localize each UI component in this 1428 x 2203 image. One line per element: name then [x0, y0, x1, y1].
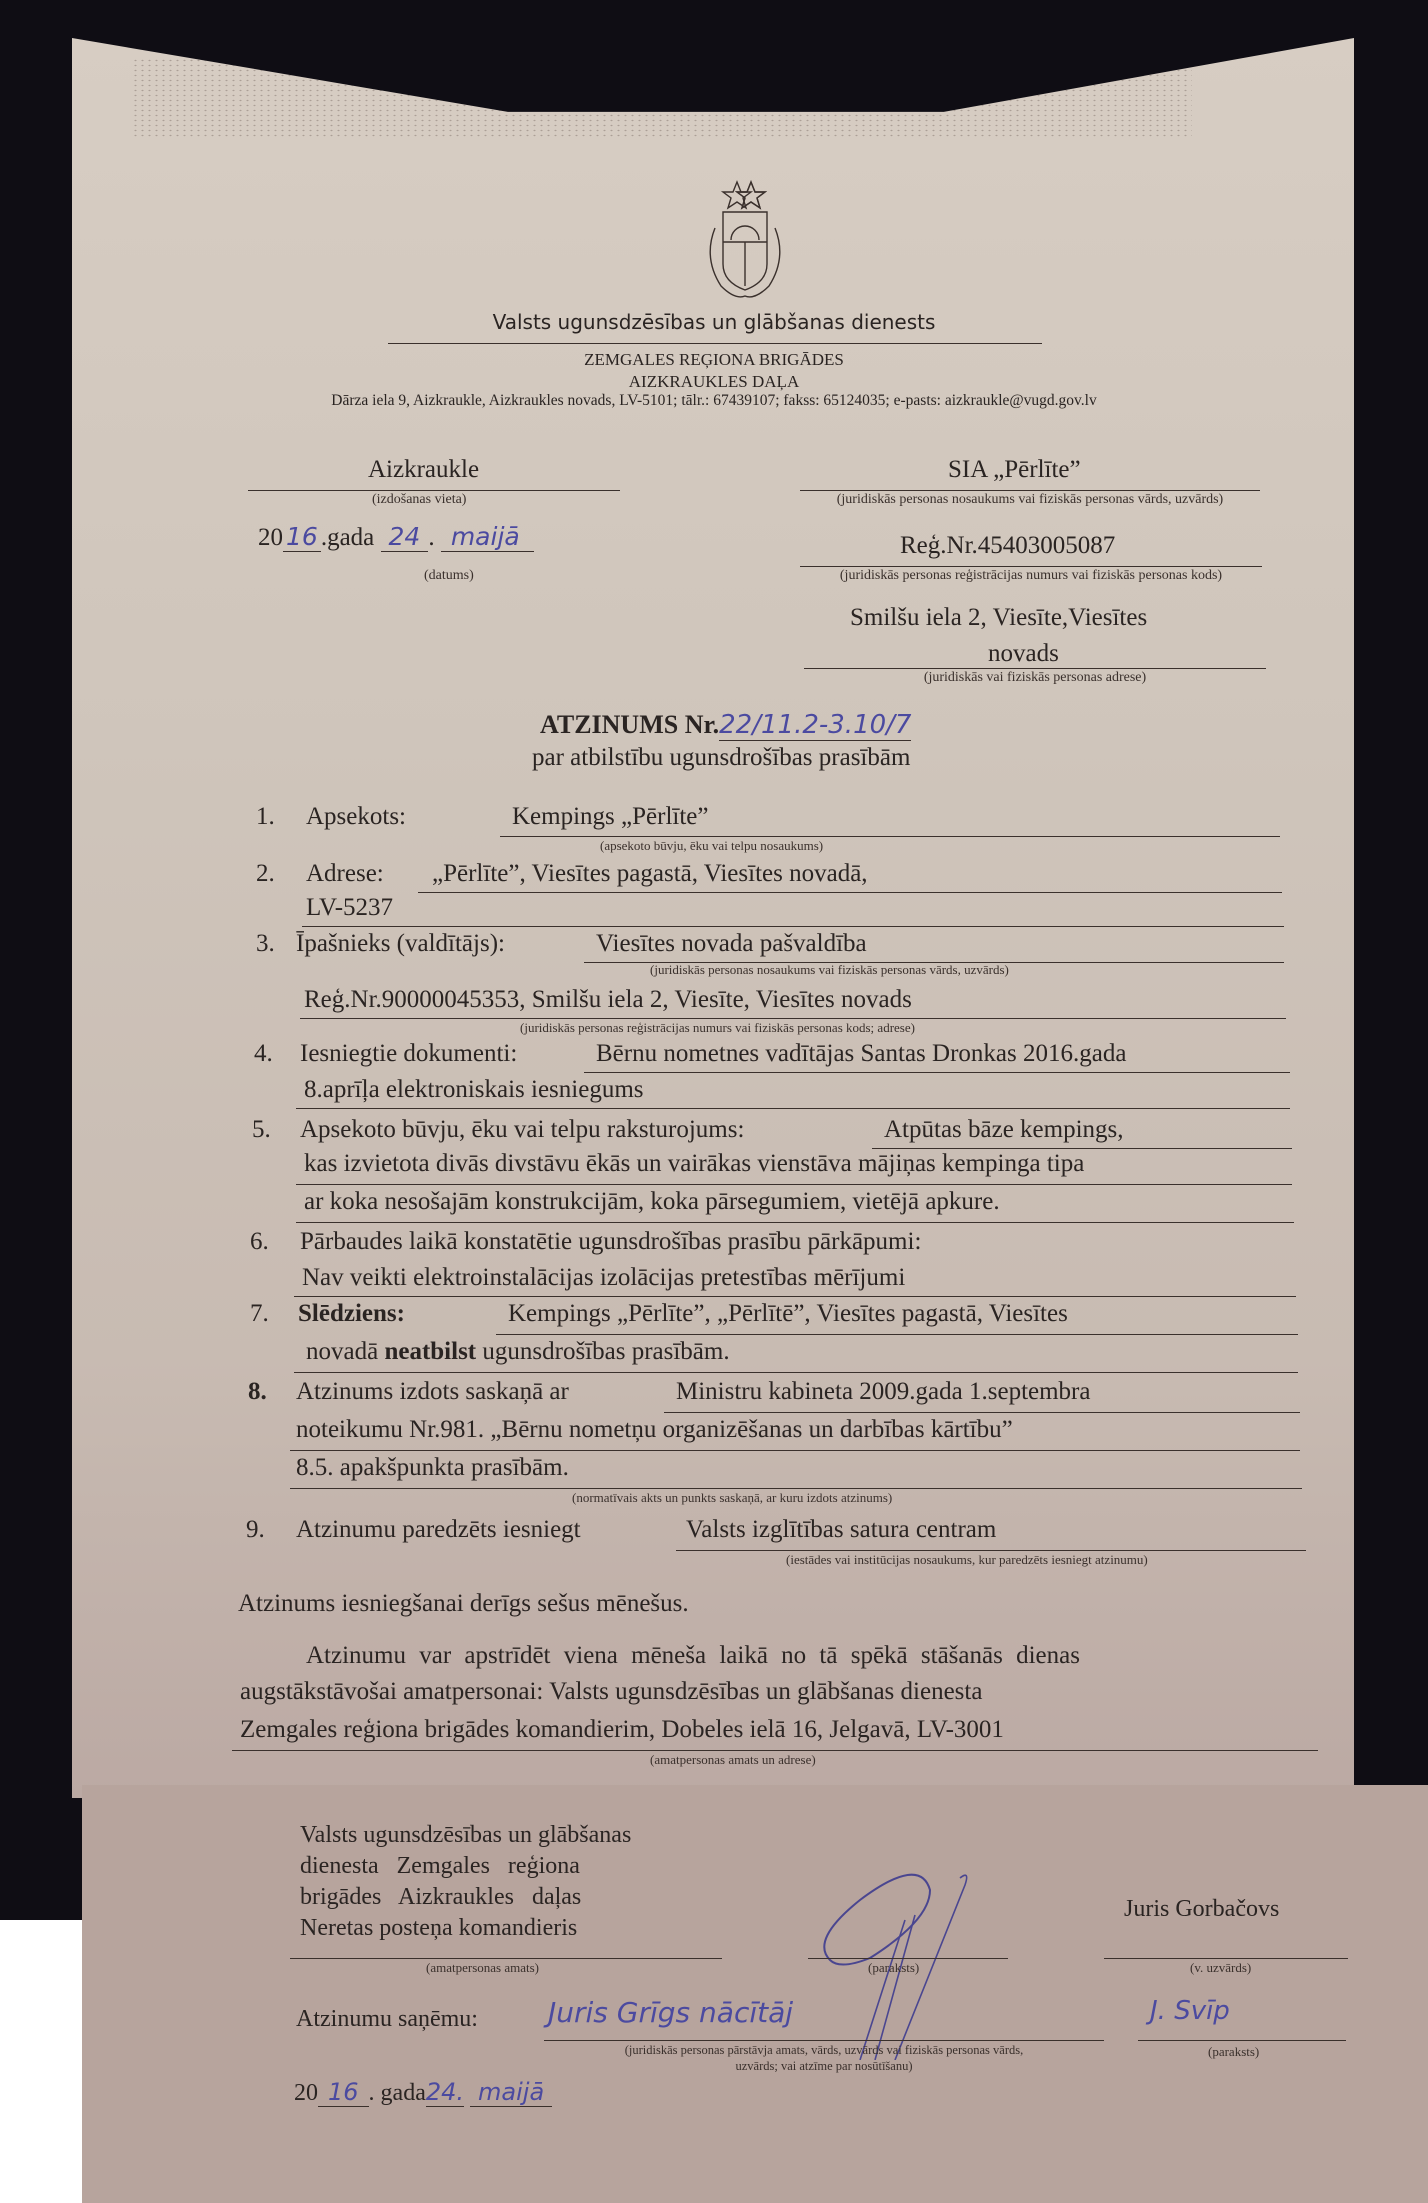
- scan-speckle: [132, 58, 1192, 138]
- receiver-signature-caption: (paraksts): [1208, 2044, 1259, 2060]
- receiver-signature-handwritten: J. Svīp: [1150, 1996, 1230, 2026]
- item-1-line: [500, 836, 1280, 837]
- receipt-year-handwritten: 16: [318, 2078, 369, 2107]
- item-4-value: Bērnu nometnes vadītājas Santas Dronkas …: [596, 1040, 1126, 1068]
- brigade-name: ZEMGALES REĢIONA BRIGĀDES: [0, 350, 1428, 370]
- item-5-value: Atpūtas bāze kempings,: [884, 1116, 1124, 1144]
- signer-name-caption: (v. uzvārds): [1190, 1960, 1251, 1976]
- signer-name-line: [1104, 1958, 1348, 1959]
- item-8-number: 8.: [248, 1378, 267, 1406]
- agency-name: Valsts ugunsdzēsības un glābšanas dienes…: [0, 310, 1428, 334]
- item-9-value: Valsts izglītības satura centram: [686, 1516, 996, 1544]
- item-4-line2: [296, 1108, 1290, 1109]
- appeal-line2: augstākstāvošai amatpersonai: Valsts ugu…: [240, 1678, 982, 1706]
- item-1-value: Kempings „Pērlīte”: [512, 803, 708, 831]
- date-mid: .gada: [321, 524, 374, 551]
- item-3-caption: (juridiskās personas nosaukums vai fizis…: [650, 962, 1009, 978]
- receiver-handwritten: Juris Grīgs nācītāj: [548, 1996, 793, 2029]
- item-3-number: 3.: [256, 930, 275, 958]
- position-line1: Valsts ugunsdzēsības un glābšanas: [300, 1820, 708, 1851]
- validity-note: Atzinums iesniegšanai derīgs sešus mēneš…: [238, 1590, 689, 1618]
- item-8-caption: (normatīvais akts un punkts saskaņā, ar …: [572, 1490, 892, 1506]
- recipient-address-caption: (juridiskās vai fiziskās personas adrese…: [804, 670, 1266, 686]
- item-4-label: Iesniegtie dokumenti:: [300, 1040, 517, 1068]
- receipt-date-mid: . gada: [369, 2080, 426, 2106]
- receiver-caption-1: (juridiskās personas pārstāvja amats, vā…: [544, 2042, 1104, 2058]
- position-line4: Neretas posteņa komandieris: [300, 1913, 708, 1944]
- year-handwritten: 16: [283, 522, 321, 552]
- item-5-line2: [296, 1184, 1292, 1185]
- date-dot: .: [428, 524, 434, 551]
- recipient-reg-line: [800, 566, 1262, 567]
- recipient-address-line2: novads: [988, 640, 1059, 668]
- signature-section-paper: [82, 1785, 1428, 2203]
- item-6-value: Nav veikti elektroinstalācijas izolācija…: [302, 1264, 905, 1292]
- item-2-line: [418, 892, 1282, 893]
- title-label: ATZINUMS Nr.: [540, 710, 719, 739]
- recipient-reg: Reģ.Nr.45403005087: [900, 532, 1115, 560]
- verdict-non-compliant: neatbilst: [384, 1338, 476, 1365]
- appeal-line3: Zemgales reģiona brigādes komandierim, D…: [240, 1716, 1004, 1744]
- blank-area: [0, 1920, 82, 2203]
- item-1-number: 1.: [256, 803, 275, 831]
- receipt-date-prefix: 20: [294, 2080, 318, 2106]
- item-7-label: Slēdziens:: [298, 1300, 405, 1328]
- item-5-line3: [296, 1222, 1294, 1223]
- signature-caption: (paraksts): [868, 1960, 919, 1976]
- item-8-value: Ministru kabineta 2009.gada 1.septembra: [676, 1378, 1090, 1406]
- item-3-value: Viesītes novada pašvaldība: [596, 930, 867, 958]
- issue-date: 2016.gada 24. maijā: [258, 522, 534, 552]
- item-9-caption: (iestādes vai institūcijas nosaukums, ku…: [786, 1552, 1148, 1568]
- recipient-name: SIA „Pērlīte”: [948, 456, 1081, 484]
- receiver-caption: (juridiskās personas pārstāvja amats, vā…: [544, 2042, 1104, 2074]
- item-1-caption: (apsekoto būvju, ēku vai telpu nosaukums…: [600, 838, 823, 854]
- item-9-number: 9.: [246, 1516, 265, 1544]
- item-4-line: [584, 1072, 1290, 1073]
- date-prefix: 20: [258, 524, 283, 551]
- item-2-value: „Pērlīte”, Viesītes pagastā, Viesītes no…: [432, 860, 868, 888]
- official-signature: [800, 1860, 1060, 2060]
- item-9-label: Atzinumu paredzēts iesniegt: [296, 1516, 581, 1544]
- item-3-caption2: (juridiskās personas reģistrācijas numur…: [520, 1020, 915, 1036]
- recipient-reg-caption: (juridiskās personas reģistrācijas numur…: [800, 568, 1262, 584]
- item-6-line: [294, 1296, 1296, 1297]
- item-7-value2-c: ugunsdrošības prasībām.: [476, 1338, 729, 1365]
- item-2-number: 2.: [256, 860, 275, 888]
- appeal-line: [232, 1750, 1318, 1751]
- receiver-line: [544, 2040, 1104, 2041]
- recipient-address-line1: Smilšu iela 2, Viesīte,Viesītes: [850, 604, 1147, 632]
- receipt-label: Atzinumu saņēmu:: [296, 2006, 478, 2033]
- item-8-value2: noteikumu Nr.981. „Bērnu nometņu organiz…: [296, 1416, 1013, 1444]
- item-8-line2: [290, 1450, 1300, 1451]
- item-8-label: Atzinums izdots saskaņā ar: [296, 1378, 569, 1406]
- item-3-value2: Reģ.Nr.90000045353, Smilšu iela 2, Viesī…: [304, 986, 912, 1014]
- item-7-value2: novadā neatbilst ugunsdrošības prasībām.: [306, 1338, 730, 1366]
- appeal-caption: (amatpersonas amats un adrese): [650, 1752, 816, 1768]
- item-7-line: [496, 1334, 1298, 1335]
- latvia-coat-of-arms-icon: [695, 178, 795, 308]
- issue-place-line: [248, 490, 620, 491]
- signoff-position: Valsts ugunsdzēsības un glābšanas dienes…: [300, 1820, 708, 1944]
- item-3-line2: [300, 1018, 1286, 1019]
- receipt-day-handwritten: 24.: [426, 2078, 464, 2107]
- item-7-line2: [294, 1372, 1298, 1373]
- item-8-line: [664, 1412, 1300, 1413]
- item-4-number: 4.: [254, 1040, 273, 1068]
- title-number-handwritten: 22/11.2-3.10/7: [719, 710, 911, 741]
- item-2-value2: LV-5237: [306, 894, 393, 922]
- item-2-label: Adrese:: [306, 860, 384, 888]
- document-subtitle: par atbilstību ugunsdrošības prasībām: [532, 744, 910, 772]
- appeal-line1: Atzinumu var apstrīdēt viena mēneša laik…: [306, 1642, 1080, 1670]
- item-5-line: [872, 1148, 1292, 1149]
- item-5-number: 5.: [252, 1116, 271, 1144]
- position-line3: brigādes Aizkraukles daļas: [300, 1882, 708, 1913]
- issue-place: Aizkraukle: [368, 456, 479, 484]
- recipient-name-caption: (juridiskās personas nosaukums vai fizis…: [800, 492, 1260, 508]
- item-8-line3: [290, 1488, 1302, 1489]
- receiver-caption-2: uzvārds; vai atzīme par nosūtīšanu): [544, 2058, 1104, 2074]
- receipt-month-handwritten: maijā: [470, 2078, 552, 2107]
- month-handwritten: maijā: [441, 522, 534, 552]
- header-divider: [388, 343, 1042, 344]
- item-6-number: 6.: [250, 1228, 269, 1256]
- signer-name: Juris Gorbačovs: [1124, 1896, 1279, 1923]
- item-7-value: Kempings „Pērlīte”, „Pērlītē”, Viesītes …: [508, 1300, 1068, 1328]
- issue-place-caption: (izdošanas vieta): [372, 492, 466, 508]
- item-5-label: Apsekoto būvju, ēku vai telpu raksturoju…: [300, 1116, 744, 1144]
- item-2-line2: [302, 926, 1284, 927]
- item-3-label: Īpašnieks (valdītājs):: [296, 930, 505, 958]
- position-line: [290, 1958, 722, 1959]
- item-6-label: Pārbaudes laikā konstatētie ugunsdrošība…: [300, 1228, 921, 1256]
- contacts: Dārza iela 9, Aizkraukle, Aizkraukles no…: [0, 392, 1428, 410]
- position-line2: dienesta Zemgales reģiona: [300, 1851, 708, 1882]
- receiver-signature-line: [1138, 2040, 1346, 2041]
- item-5-value3: ar koka nesošajām konstrukcijām, koka pā…: [304, 1188, 1000, 1216]
- item-5-value2: kas izvietota divās divstāvu ēkās un vai…: [304, 1150, 1084, 1178]
- item-7-value2-a: novadā: [306, 1338, 384, 1365]
- signature-line: [808, 1958, 1008, 1959]
- issue-date-caption: (datums): [424, 568, 474, 584]
- item-7-number: 7.: [250, 1300, 269, 1328]
- receipt-date: 2016. gada24. maijā: [294, 2078, 552, 2107]
- unit-name: AIZKRAUKLES DAĻA: [0, 372, 1428, 392]
- item-4-value2: 8.aprīļa elektroniskais iesniegums: [304, 1076, 644, 1104]
- recipient-name-line: [800, 490, 1260, 491]
- document-title: ATZINUMS Nr.22/11.2-3.10/7: [540, 710, 911, 740]
- recipient-address-line: [804, 668, 1266, 669]
- item-1-label: Apsekots:: [306, 803, 406, 831]
- day-handwritten: 24: [381, 522, 429, 552]
- item-9-line: [676, 1550, 1306, 1551]
- position-caption: (amatpersonas amats): [426, 1960, 539, 1976]
- item-8-value3: 8.5. apakšpunkta prasībām.: [296, 1454, 569, 1482]
